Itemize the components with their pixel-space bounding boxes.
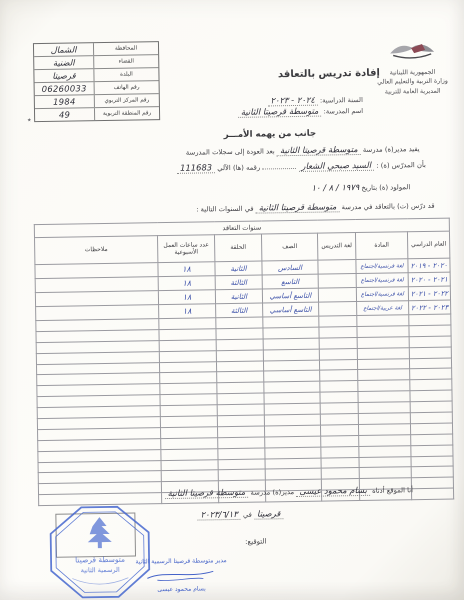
contract-cell-cycle: الثانية [215, 289, 262, 304]
contract-column-header: ملاحظات [34, 236, 157, 265]
contract-cell-subject: لغة عربية/اجتماع [357, 301, 409, 316]
date-label: في [243, 511, 252, 519]
line4-prefix: قد درّس (ت) بالتعاقد في مدرسة [342, 202, 435, 211]
contract-column-header: عدد ساعات العمل الأسبوعية [157, 235, 214, 263]
sig-mid: مدير(ة) مدرسة [250, 488, 294, 497]
line1-prefix: يفيد مدير(ة) مدرسة [363, 145, 420, 154]
town-label: البلدة [93, 68, 158, 81]
teacher-id-number-handwritten: 111683 [177, 162, 215, 174]
school-seal-stamp: متوسطة قرصيتا الرسمية الثانية [47, 503, 152, 600]
signature-scribble-icon [145, 568, 217, 581]
school-info-table: المحافظة الشمال القضاء الضنية البلدة قرص… [33, 41, 160, 122]
contract-cell-language [318, 260, 356, 275]
contract-cell-grade: السادس [262, 260, 318, 275]
scanned-document-page: المحافظة الشمال القضاء الضنية البلدة قرص… [0, 0, 464, 600]
signature-label: التوقيع: [216, 537, 296, 546]
teacher-name-handwritten: السيد صبحي الشعار [298, 160, 374, 172]
ministry-book-icon [387, 39, 437, 65]
contract-years-table: سنوات التعاقد العام الدراسيالمادةلغة الت… [34, 218, 454, 507]
school-year-value: ٢٠٢٤ - ٢٠٢٣ [267, 95, 318, 107]
contract-cell-grade: التاسع أساسي [263, 302, 319, 317]
contract-cell-hours: ١٨ [158, 276, 215, 291]
contract-cell-language [319, 302, 357, 317]
to-whom-heading: جانب من يهمه الأمـــر [182, 128, 357, 141]
school-name-value: متوسطة قرصيتا الثانية [238, 106, 322, 118]
zone-number-value: 49 [35, 109, 94, 120]
phone-value: 06260033 [35, 83, 94, 94]
school-name-line: اسم المدرسة: متوسطة قرصيتا الثانية [238, 105, 363, 117]
sig-school-handwritten: متوسطة قرصيتا الثانية [164, 487, 248, 499]
cedar-icon [87, 517, 111, 548]
contract-cell-subject: لغة فرنسية/اجتماع [356, 273, 408, 288]
stray-mark: ٭ [27, 115, 32, 124]
school-name-label: اسم المدرسة: [324, 107, 364, 116]
school-year-line: السنة الدراسية: ٢٠٢٤ - ٢٠٢٣ [267, 94, 363, 105]
date-handwritten: ٢٠٢٣/٦/١٣ [198, 509, 241, 521]
contract-cell-hours: ١٨ [159, 304, 216, 319]
contract-cell-hours: ١٨ [158, 290, 215, 305]
center-number-label: رقم المركز التربوي [94, 94, 159, 107]
district-value: الضنية [34, 57, 93, 68]
scan-tilt-wrapper: المحافظة الشمال القضاء الضنية البلدة قرص… [0, 0, 464, 600]
line1-school-handwritten: متوسطة قرصيتا الثانية [277, 144, 361, 156]
district-label: القضاء [93, 55, 158, 68]
line2-mid: رقمه (ها) الآلي [217, 164, 260, 173]
contract-cell-cycle: الثالثة [216, 303, 263, 318]
contract-cell-year: ٢٠٢٣ - ٢٠٢٢ [409, 300, 451, 315]
zone-number-label: رقم المنطقة التربوية [94, 107, 159, 120]
contract-cell-grade: التاسع أساسي [262, 288, 318, 303]
contract-cell-year: ٢٠٢٢ - ٢٠٢١ [408, 286, 450, 301]
contract-column-header: الصف [261, 233, 317, 261]
line4-suffix: في السنوات التالية : [196, 205, 254, 214]
school-year-label: السنة الدراسية: [320, 96, 363, 105]
contract-cell-cycle: الثانية [215, 261, 262, 276]
province-value: الشمال [34, 44, 93, 55]
place-handwritten: قرصيتا [254, 508, 284, 519]
contract-cell-subject: لغة فرنسية/اجتماع [356, 287, 408, 302]
contract-cell-hours: ١٨ [158, 262, 215, 277]
seal-school-name-line1: متوسطة قرصيتا [75, 555, 125, 565]
document-title: إفادة تدريس بالتعاقد [261, 67, 396, 80]
ministry-line-directorate: المديرية العامة للتربية [369, 86, 457, 97]
contract-column-header: العام الدراسي [407, 231, 449, 259]
statement-line-1: يفيد مدير(ة) مدرسة متوسطة قرصيتا الثانية… [186, 143, 420, 157]
line1-suffix: بعد العودة إلى سجلات المدرسة [186, 147, 275, 156]
contract-column-header: المادة [355, 232, 407, 260]
town-value: قرصيتا [34, 70, 93, 81]
province-label: المحافظة [93, 42, 158, 55]
contract-column-header: لغة التدريس [317, 233, 355, 261]
sig-prefix: أنا الموقع أدناه [372, 486, 413, 495]
contract-cell-year: ٢٠٢٠ - ٢٠١٩ [408, 258, 450, 273]
dotted-leader [262, 162, 296, 170]
phone-label: رقم الهاتف [94, 81, 159, 94]
contract-column-header: الحلقة [214, 234, 261, 262]
line2-prefix: بأن المدرّس (ة) : [376, 161, 426, 170]
line4-school-handwritten: متوسطة قرصيتا الثانية [256, 201, 340, 213]
statement-line-2: بأن المدرّس (ة) : السيد صبحي الشعار رقمه… [177, 159, 426, 173]
contract-table-body: ٢٠٢٠ - ٢٠١٩لغة فرنسية/اجتماعالسادسالثاني… [35, 258, 454, 506]
contract-cell-year: ٢٠٢١ - ٢٠٢٠ [408, 272, 450, 287]
center-number-value: 1984 [35, 96, 94, 107]
contract-cell-subject: لغة فرنسية/اجتماع [356, 259, 408, 274]
line3-prefix: المولود (ة) بتاريخ [361, 183, 410, 192]
principal-name-handwritten: بسام محمود عيسى [296, 485, 370, 497]
info-row-zone-number: رقم المنطقة التربوية 49 [35, 107, 159, 121]
seal-school-name-line2: الرسمية الثانية [81, 566, 120, 575]
statement-line-3: المولود (ة) بتاريخ ١٩٧٩ / ٨ / ١٠ [311, 181, 410, 193]
birth-date-handwritten: ١٩٧٩ / ٨ / ١٠ [311, 182, 359, 193]
contract-cell-grade: التاسع [262, 274, 318, 289]
place-date-line: قرصيتا في ٢٠٢٣/٦/١٣ [198, 508, 284, 519]
contract-cell-language [318, 288, 356, 303]
contract-cell-language [318, 274, 356, 289]
contract-cell-cycle: الثالثة [215, 275, 262, 290]
statement-line-4: قد درّس (ت) بالتعاقد في مدرسة متوسطة قرص… [196, 200, 435, 214]
